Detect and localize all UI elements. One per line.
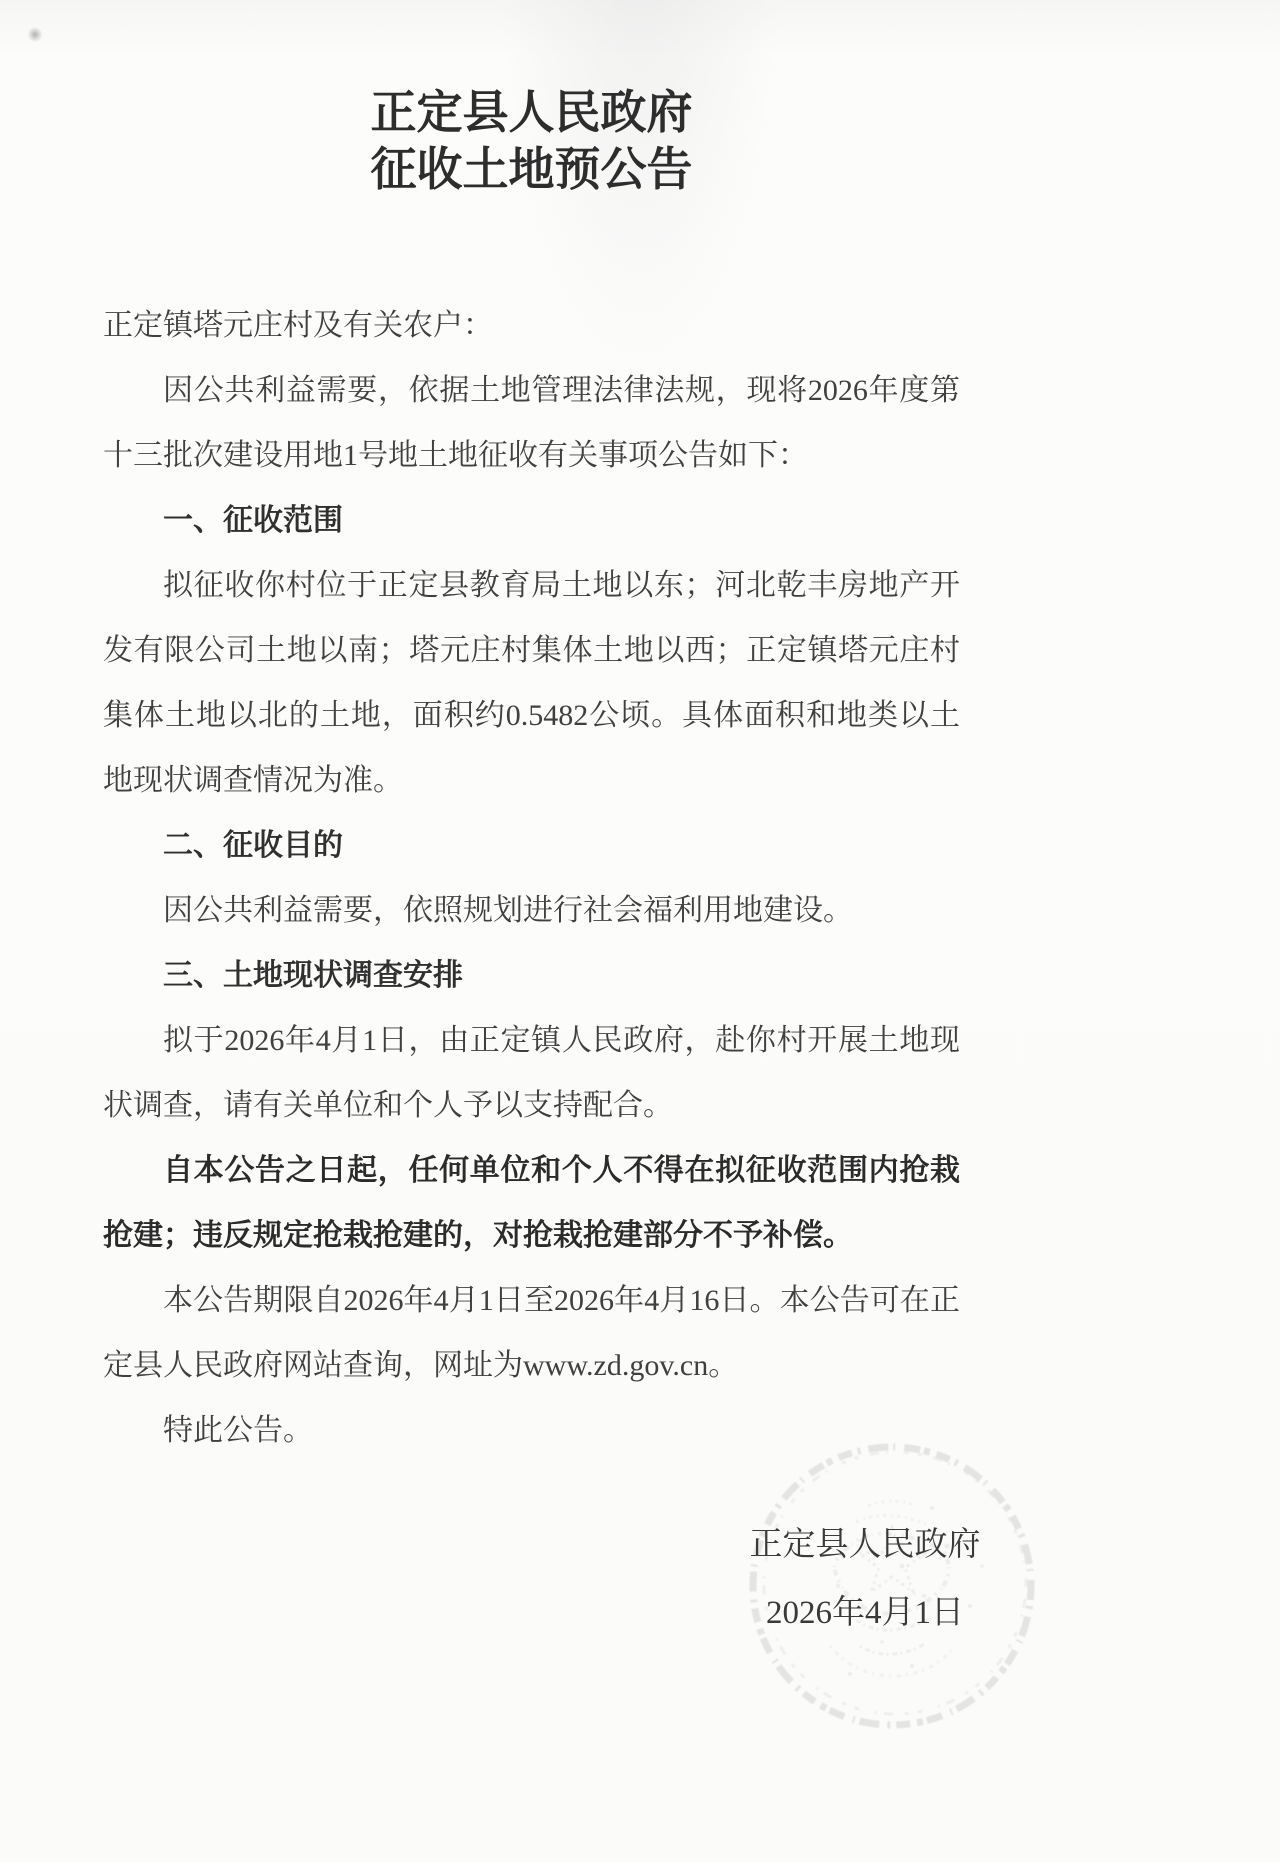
document-title: 正定县人民政府 征收土地预公告 [103, 84, 960, 198]
intro-paragraph: 因公共利益需要，依据土地管理法律法规，现将2026年度第十三批次建设用地1号地土… [103, 358, 960, 488]
section-3-heading: 三、土地现状调查安排 [103, 943, 960, 1008]
section-3-body: 拟于2026年4月1日，由正定镇人民政府，赴你村开展土地现状调查，请有关单位和个… [103, 1008, 960, 1138]
section-2-body: 因公共利益需要，依照规划进行社会福利用地建设。 [103, 878, 960, 943]
salutation: 正定镇塔元庄村及有关农户： [103, 293, 960, 358]
document-body: 正定镇塔元庄村及有关农户： 因公共利益需要，依据土地管理法律法规，现将2026年… [103, 293, 960, 1463]
document-title-line1: 正定县人民政府 [103, 84, 960, 141]
section-1-heading: 一、征收范围 [103, 488, 960, 553]
signature-issuer: 正定县人民政府 [698, 1524, 1032, 1566]
section-1-body: 拟征收你村位于正定县教育局土地以东；河北乾丰房地产开发有限公司土地以南；塔元庄村… [103, 553, 960, 813]
document-page: 正定县人民政府 征收土地预公告 正定镇塔元庄村及有关农户： 因公共利益需要，依据… [0, 0, 1280, 1862]
signature-block: 正定县人民政府 2026年4月1日 [698, 1524, 1032, 1634]
scan-artifact [26, 27, 44, 42]
document-content: 正定县人民政府 征收土地预公告 正定镇塔元庄村及有关农户： 因公共利益需要，依据… [103, 0, 960, 1463]
warning-paragraph: 自本公告之日起，任何单位和个人不得在拟征收范围内抢栽抢建；违反规定抢栽抢建的，对… [103, 1138, 960, 1268]
document-title-line2: 征收土地预公告 [103, 141, 960, 198]
section-2-heading: 二、征收目的 [103, 813, 960, 878]
validity-paragraph: 本公告期限自2026年4月1日至2026年4月16日。本公告可在正定县人民政府网… [103, 1268, 960, 1398]
signature-date: 2026年4月1日 [698, 1592, 1032, 1634]
